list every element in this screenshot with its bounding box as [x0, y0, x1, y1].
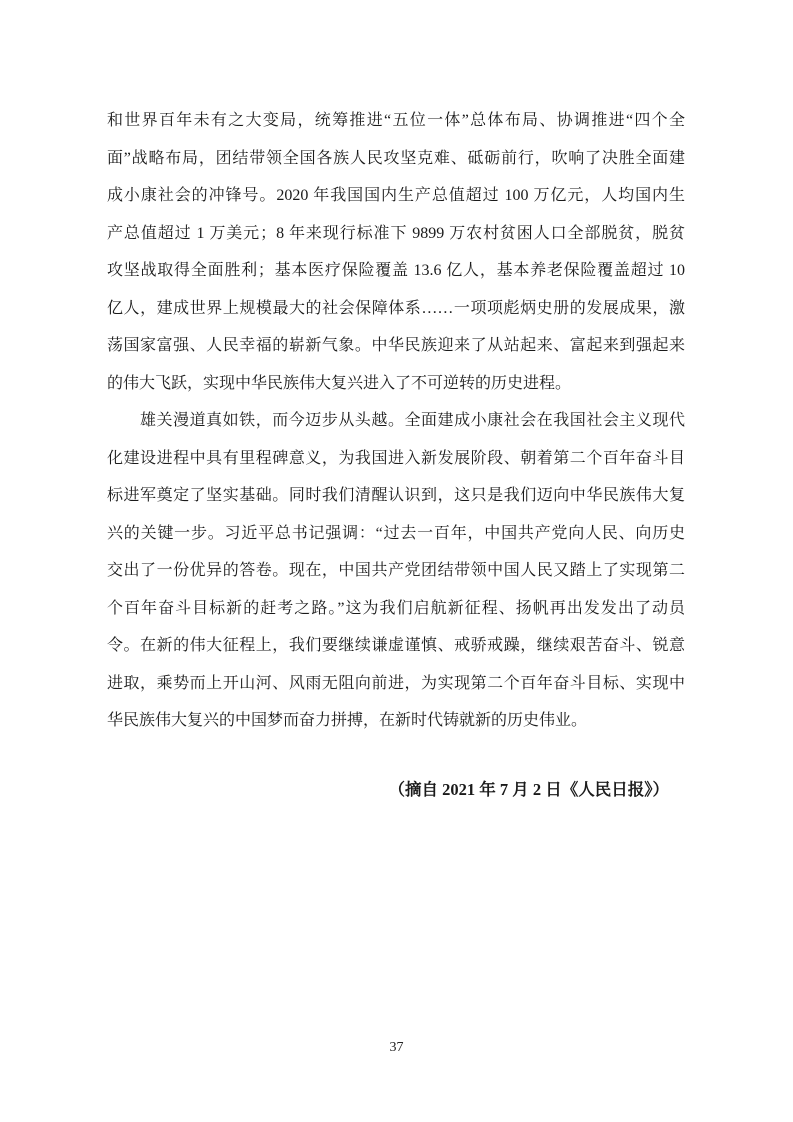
text-line: 雄关漫道真如铁，而今迈步从头越。全面建成小康社会在我国社会主义现代	[107, 402, 685, 440]
text-line: 兴的关键一步。习近平总书记强调：“过去一百年，中国共产党向人民、向历史	[107, 515, 685, 553]
text-line: 个百年奋斗目标新的赶考之路。”这为我们启航新征程、扬帆再出发发出了动员	[107, 590, 685, 628]
document-page: 和世界百年未有之大变局，统筹推进“五位一体”总体布局、协调推进“四个全面”战略布…	[0, 0, 793, 1122]
document-body: 和世界百年未有之大变局，统筹推进“五位一体”总体布局、协调推进“四个全面”战略布…	[107, 102, 685, 808]
text-line: 进取，乘势而上开山河、风雨无阻向前进，为实现第二个百年奋斗目标、实现中	[107, 665, 685, 703]
text-line: 攻坚战取得全面胜利；基本医疗保险覆盖 13.6 亿人，基本养老保险覆盖超过 10	[107, 252, 685, 290]
paragraphs-container: 和世界百年未有之大变局，统筹推进“五位一体”总体布局、协调推进“四个全面”战略布…	[107, 102, 685, 740]
citation: （摘自 2021 年 7 月 2 日《人民日报》）	[107, 771, 685, 809]
text-line: 令。在新的伟大征程上，我们要继续谦虚谨慎、戒骄戒躁，继续艰苦奋斗、锐意	[107, 627, 685, 665]
text-line: 亿人，建成世界上规模最大的社会保障体系……一项项彪炳史册的发展成果，激	[107, 290, 685, 328]
text-line: 华民族伟大复兴的中国梦而奋力拼搏，在新时代铸就新的历史伟业。	[107, 702, 685, 740]
text-line: 成小康社会的冲锋号。2020 年我国国内生产总值超过 100 万亿元，人均国内生	[107, 177, 685, 215]
text-line: 面”战略布局，团结带领全国各族人民攻坚克难、砥砺前行，吹响了决胜全面建	[107, 140, 685, 178]
paragraph: 雄关漫道真如铁，而今迈步从头越。全面建成小康社会在我国社会主义现代化建设进程中具…	[107, 402, 685, 740]
text-line: 化建设进程中具有里程碑意义，为我国进入新发展阶段、朝着第二个百年奋斗目	[107, 440, 685, 478]
text-line: 和世界百年未有之大变局，统筹推进“五位一体”总体布局、协调推进“四个全	[107, 102, 685, 140]
text-line: 产总值超过 1 万美元；8 年来现行标准下 9899 万农村贫困人口全部脱贫，脱…	[107, 215, 685, 253]
paragraph: 和世界百年未有之大变局，统筹推进“五位一体”总体布局、协调推进“四个全面”战略布…	[107, 102, 685, 402]
text-line: 的伟大飞跃，实现中华民族伟大复兴进入了不可逆转的历史进程。	[107, 365, 685, 403]
page-number: 37	[0, 1038, 793, 1058]
text-line: 交出了一份优异的答卷。现在，中国共产党团结带领中国人民又踏上了实现第二	[107, 552, 685, 590]
text-line: 荡国家富强、人民幸福的崭新气象。中华民族迎来了从站起来、富起来到强起来	[107, 327, 685, 365]
text-line: 标进军奠定了坚实基础。同时我们清醒认识到，这只是我们迈向中华民族伟大复	[107, 477, 685, 515]
